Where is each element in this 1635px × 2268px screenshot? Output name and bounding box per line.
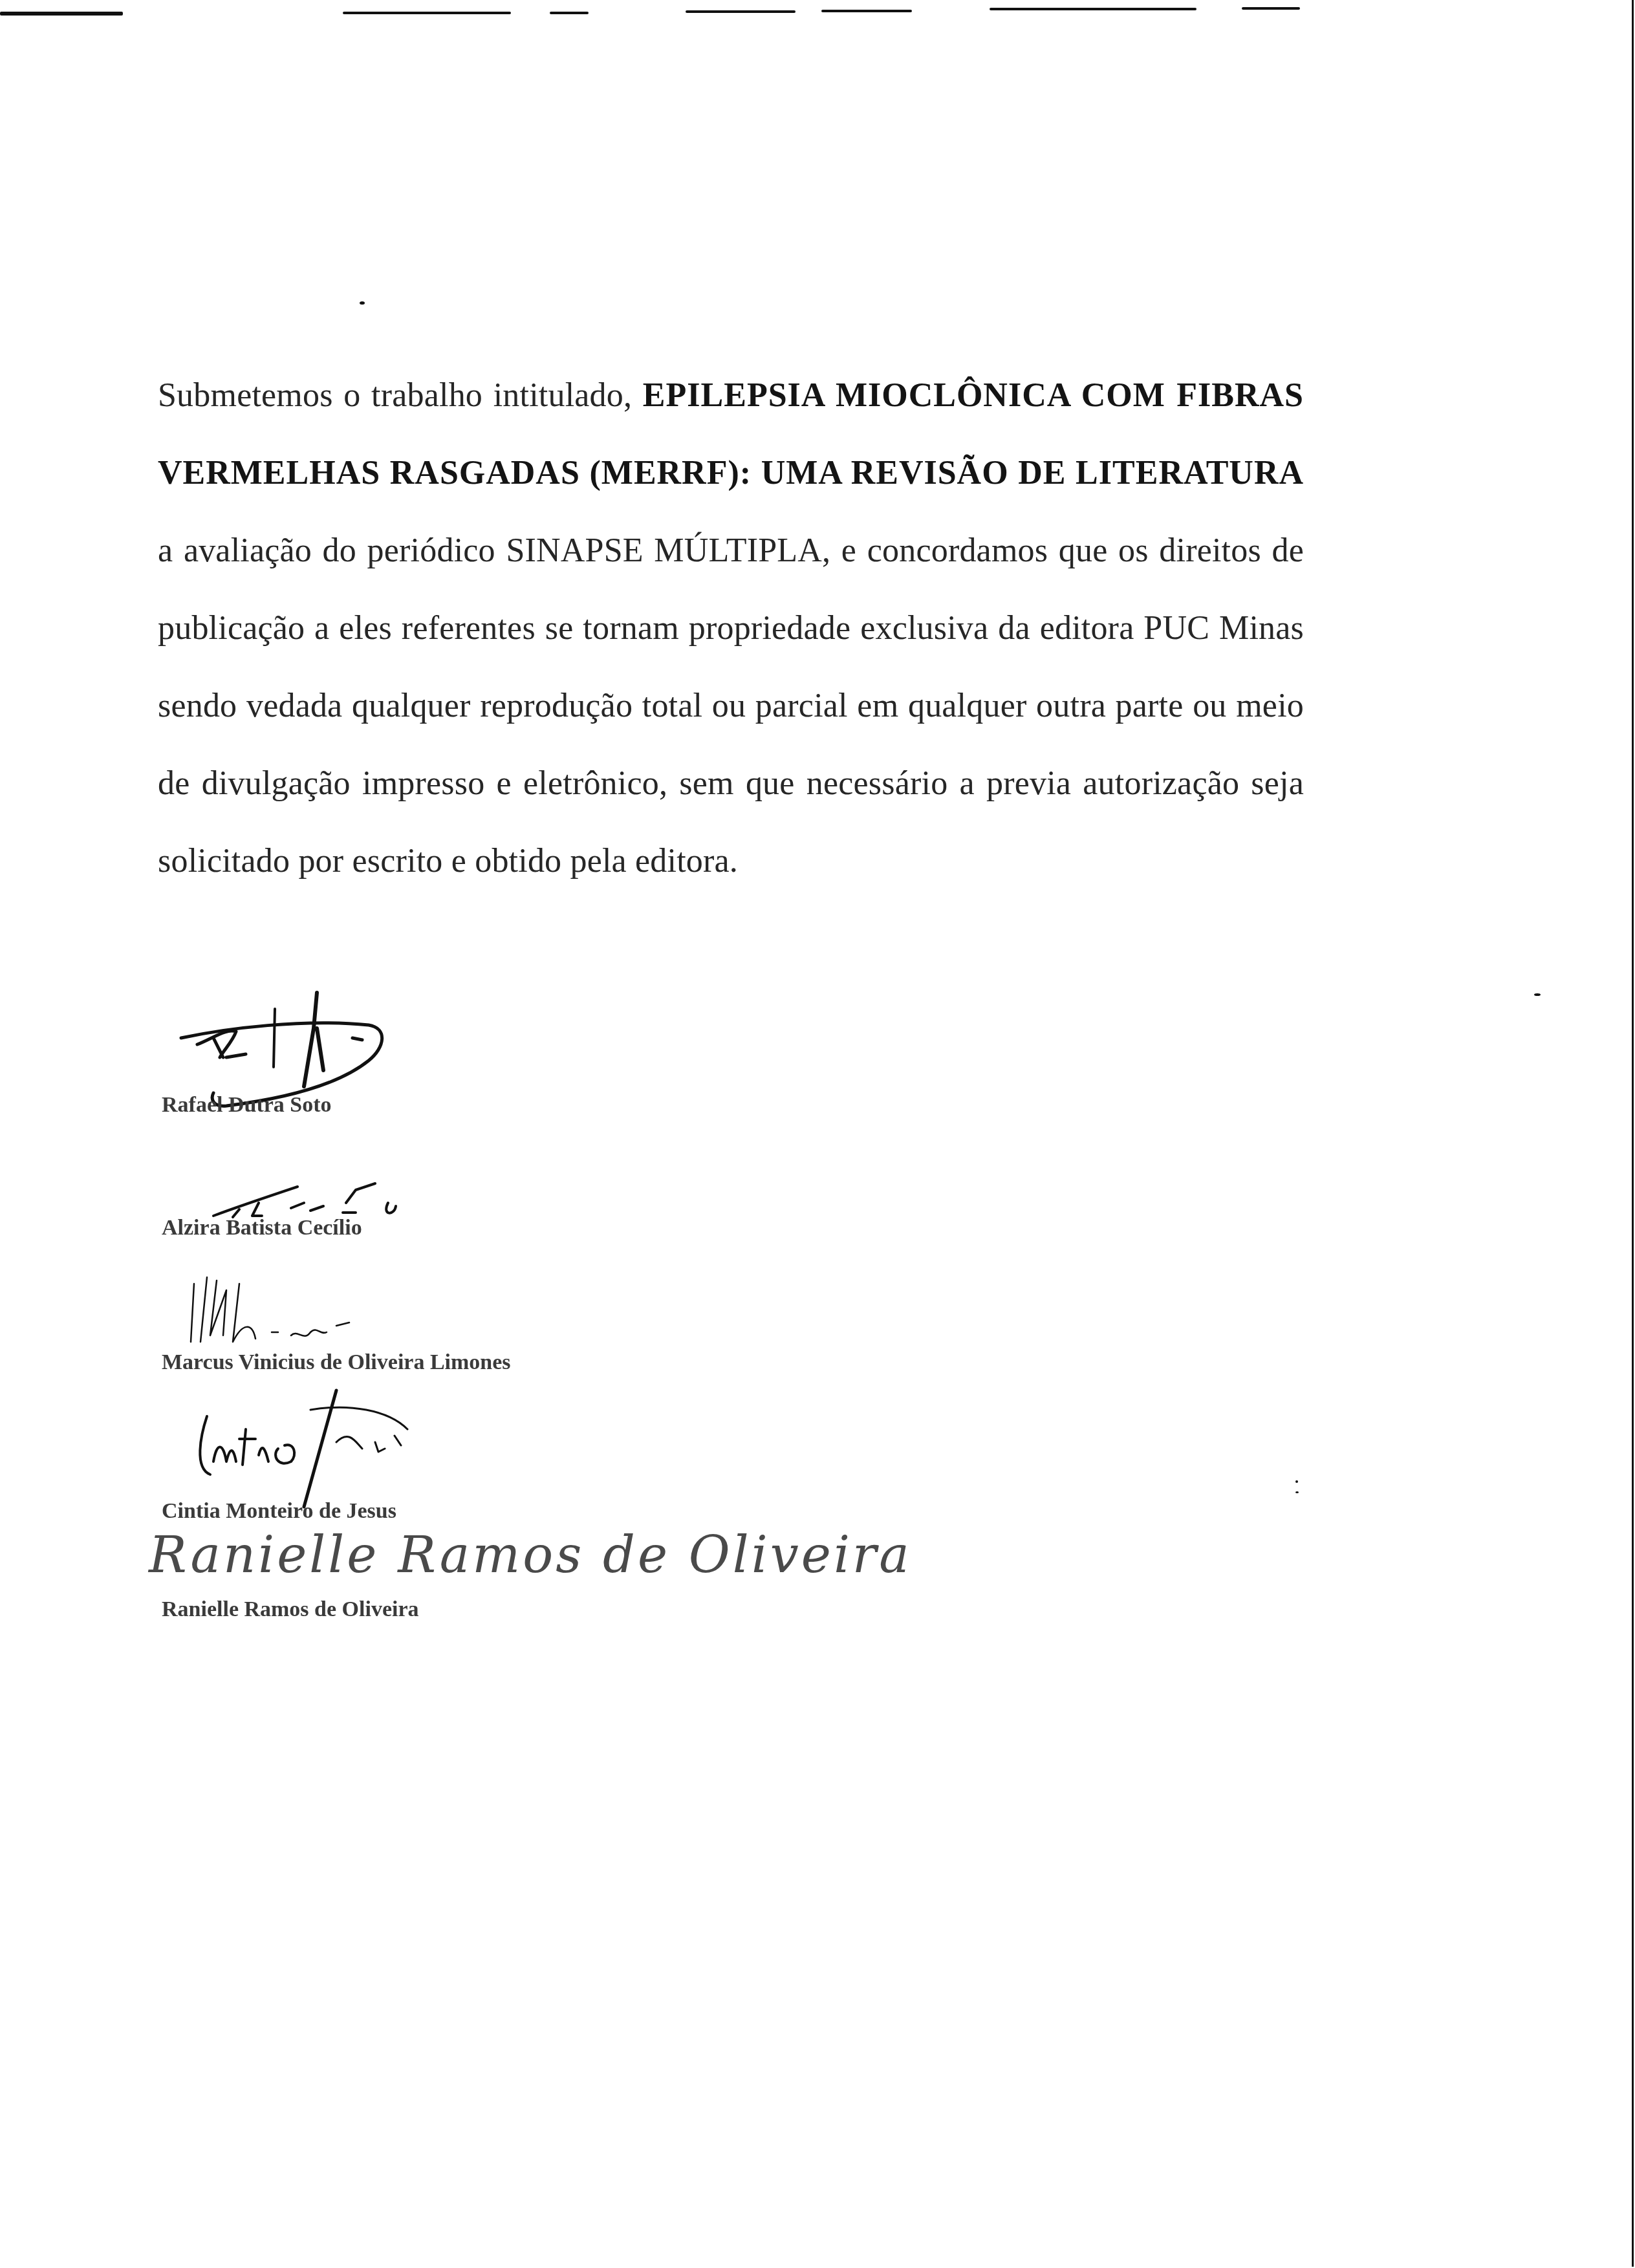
signatory-name: Rafael Dutra Soto bbox=[162, 1093, 332, 1118]
handwritten-signature bbox=[181, 1390, 453, 1513]
signatory-name: Marcus Vinicius de Oliveira Limones bbox=[162, 1350, 511, 1375]
declaration-paragraph: Submetemos o trabalho intitulado, EPILEP… bbox=[158, 357, 1304, 900]
paragraph-intro: Submetemos o trabalho intitulado, bbox=[158, 377, 643, 414]
scan-artifact bbox=[343, 12, 511, 14]
scan-speck bbox=[1295, 1480, 1298, 1483]
scan-top-edge-artifacts bbox=[0, 0, 1635, 26]
scan-artifact bbox=[821, 10, 912, 12]
signatory-name: Alzira Batista Cecílio bbox=[162, 1216, 362, 1240]
scan-speck bbox=[1295, 1491, 1299, 1493]
handwritten-signature: Ranielle Ramos de Oliveira bbox=[149, 1526, 912, 1584]
scan-artifact bbox=[686, 10, 796, 13]
handwritten-signature bbox=[181, 1271, 388, 1361]
paragraph-body: a avaliação do periódico SINAPSE MÚLTIPL… bbox=[158, 532, 1304, 880]
scan-speck bbox=[360, 301, 365, 305]
scan-speck bbox=[1534, 993, 1541, 996]
scan-artifact bbox=[1242, 7, 1300, 10]
scan-artifact bbox=[550, 12, 589, 14]
scan-artifact bbox=[990, 8, 1196, 10]
scan-artifact bbox=[0, 12, 123, 16]
signatory-name: Cintia Monteiro de Jesus bbox=[162, 1499, 396, 1524]
scan-right-edge bbox=[1632, 0, 1634, 2267]
signatory-name: Ranielle Ramos de Oliveira bbox=[162, 1597, 419, 1622]
